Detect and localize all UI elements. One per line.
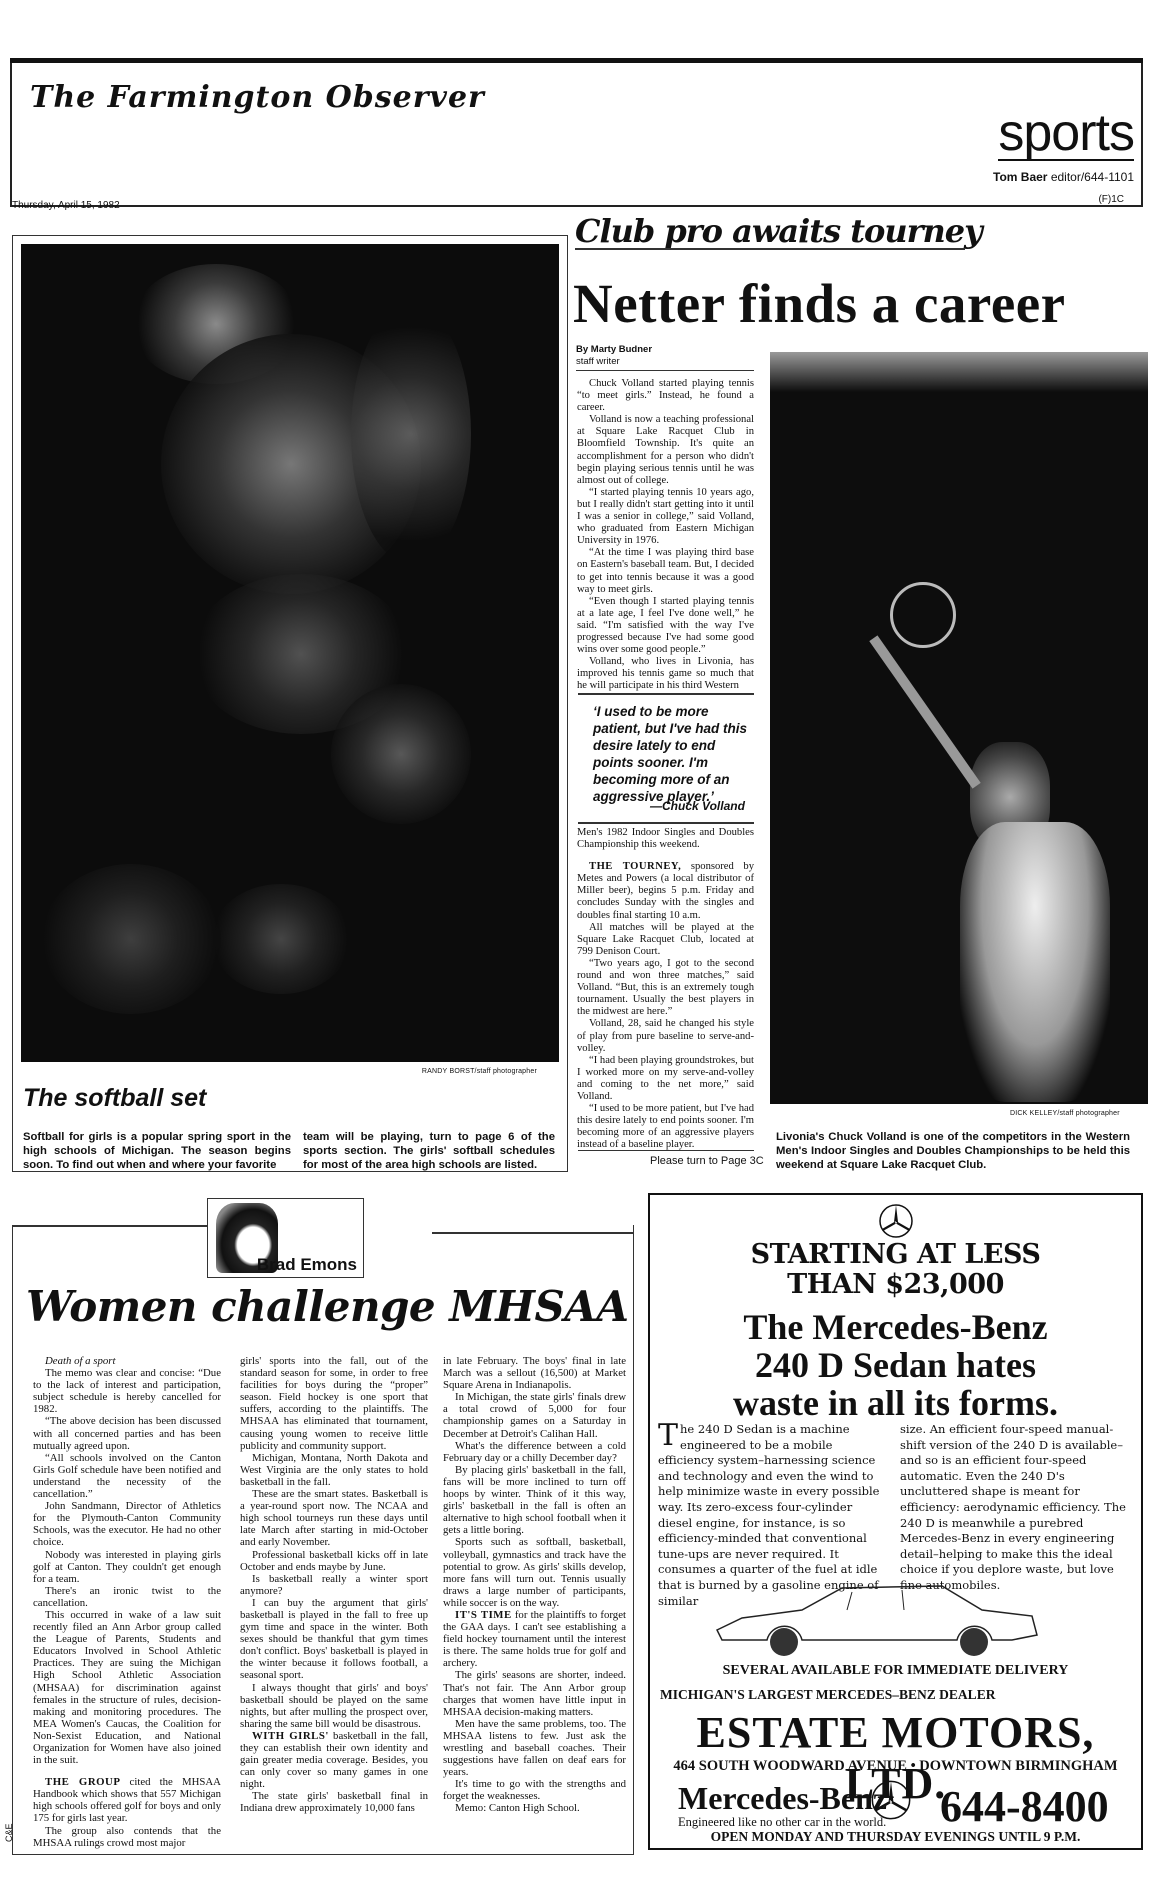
story-paragraph: Volland, who lives in Livonia, has impro… xyxy=(577,656,754,692)
column-paragraph: in late February. The boys' final in lat… xyxy=(443,1355,626,1391)
kicker-underline xyxy=(575,248,965,250)
pull-quote: ‘I used to be more patient, but I've had… xyxy=(593,703,753,805)
subhead-caps: IT'S TIME xyxy=(455,1609,512,1621)
softball-photo-credit: RANDY BORST/staff photographer xyxy=(422,1068,537,1075)
story-paragraph: Chuck Volland started playing tennis “to… xyxy=(577,378,754,414)
story-paragraph: All matches will be played at the Square… xyxy=(577,922,754,958)
ad-headline-3: waste in all its forms. xyxy=(650,1384,1141,1422)
tennis-player-photo xyxy=(770,352,1148,1104)
column-paragraph: Professional basketball kicks off in lat… xyxy=(240,1549,428,1573)
column-paragraph: WITH GIRLS' basketball in the fall, they… xyxy=(240,1730,428,1790)
dealer-hours: OPEN MONDAY AND THURSDAY EVENINGS UNTIL … xyxy=(650,1829,1141,1845)
column-paragraph: John Sandmann, Director of Athletics for… xyxy=(33,1500,221,1548)
column-top-rule-right xyxy=(432,1232,634,1234)
column-subhead: Death of a sport xyxy=(33,1355,221,1367)
column-paragraph: By placing girls' basketball in the fall… xyxy=(443,1464,626,1537)
column-paragraph: “The above decision has been discussed w… xyxy=(33,1415,221,1451)
tennis-photo-caption: Livonia's Chuck Volland is one of the co… xyxy=(776,1130,1130,1172)
softball-photo xyxy=(21,244,559,1062)
ad-price-line-1: STARTING AT LESS xyxy=(650,1239,1141,1270)
column-paragraph: Nobody was interested in playing girls g… xyxy=(33,1549,221,1585)
editor-name: Tom Baer xyxy=(993,170,1047,184)
story-paragraph: Volland is now a teaching professional a… xyxy=(577,414,754,487)
column-paragraph: IT'S TIME for the plaintiffs to forget t… xyxy=(443,1609,626,1669)
tennis-photo-credit: DICK KELLEY/staff photographer xyxy=(1010,1110,1120,1117)
subhead-caps: THE GROUP xyxy=(45,1776,120,1788)
column-col-1: Death of a sport The memo was clear and … xyxy=(33,1355,221,1849)
column-top-rule-left xyxy=(12,1225,207,1227)
column-paragraph: This occurred in wake of a law suit rece… xyxy=(33,1609,221,1766)
story-paragraph: Volland, 28, said he changed his style o… xyxy=(577,1018,754,1054)
column-paragraph: Michigan, Montana, North Dakota and West… xyxy=(240,1452,428,1488)
column-paragraph: The state girls' basketball final in Ind… xyxy=(240,1790,428,1814)
columnist-mug: Brad Emons xyxy=(207,1198,364,1278)
column-paragraph: These are the smart states. Basketball i… xyxy=(240,1488,428,1548)
dealer-address: 464 SOUTH WOODWARD AVENUE • DOWNTOWN BIR… xyxy=(650,1758,1141,1775)
story-column-top: Chuck Volland started playing tennis “to… xyxy=(577,378,754,692)
issue-date: Thursday, April 15, 1982 xyxy=(12,200,120,211)
column-col-3: in late February. The boys' final in lat… xyxy=(443,1355,626,1815)
pull-quote-rule-bottom xyxy=(578,822,754,824)
column-headline: Women challenge MHSAA xyxy=(26,1282,628,1331)
newspaper-name: The Farmington Observer xyxy=(30,80,485,115)
ad-price-line-2: THAN $23,000 xyxy=(650,1269,1141,1300)
ad-dropcap: T xyxy=(658,1422,678,1450)
mercedes-star-icon xyxy=(878,1203,914,1239)
section-editor: Tom Baer editor/644-1101 xyxy=(993,170,1134,184)
column-paragraph: What's the difference between a cold Feb… xyxy=(443,1440,626,1464)
ad-headline-1: The Mercedes-Benz xyxy=(650,1308,1141,1346)
editor-phone: editor/644-1101 xyxy=(1047,170,1134,184)
byline-name: By Marty Budner xyxy=(576,344,652,356)
story-paragraph: “Even though I started playing tennis at… xyxy=(577,596,754,656)
subhead-caps: WITH GIRLS' xyxy=(252,1730,329,1742)
story-paragraph: “Two years ago, I got to the second roun… xyxy=(577,958,754,1018)
column-paragraph: In Michigan, the state girls' finals dre… xyxy=(443,1391,626,1439)
story-headline: Netter finds a career xyxy=(573,272,1066,335)
column-paragraph: I can buy the argument that girls' baske… xyxy=(240,1597,428,1682)
ad-delivery: SEVERAL AVAILABLE FOR IMMEDIATE DELIVERY xyxy=(650,1663,1141,1679)
byline-rule xyxy=(576,370,754,371)
softball-caption-right: team will be playing, turn to page 6 of … xyxy=(303,1130,555,1172)
jump-rule xyxy=(578,1150,754,1151)
softball-photo-box: RANDY BORST/staff photographer The softb… xyxy=(12,235,568,1172)
ad-dealer-claim: MICHIGAN'S LARGEST MERCEDES–BENZ DEALER xyxy=(660,1687,995,1703)
story-paragraph: Men's 1982 Indoor Singles and Doubles Ch… xyxy=(577,827,754,851)
column-paragraph: “All schools involved on the Canton Girl… xyxy=(33,1452,221,1500)
column-paragraph: I always thought that girls' and boys' b… xyxy=(240,1682,428,1730)
page-code: (F)1C xyxy=(1098,194,1124,205)
jump-line[interactable]: Please turn to Page 3C xyxy=(650,1155,764,1167)
brand-tagline: Engineered like no other car in the worl… xyxy=(678,1815,886,1830)
pull-quote-rule-top xyxy=(578,693,754,695)
car-illustration xyxy=(712,1580,1042,1660)
column-paragraph: Men have the same problems, too. The MHS… xyxy=(443,1718,626,1778)
columnist-name: Brad Emons xyxy=(257,1255,357,1275)
column-paragraph: The girls' seasons are shorter, indeed. … xyxy=(443,1669,626,1717)
subhead-caps: THE TOURNEY, xyxy=(589,861,681,872)
mercedes-ad: STARTING AT LESS THAN $23,000 The Merced… xyxy=(648,1193,1143,1850)
column-paragraph: There's an ironic twist to the cancellat… xyxy=(33,1585,221,1609)
softball-caption-left: Softball for girls is a popular spring s… xyxy=(23,1130,291,1172)
brand-name: Mercedes-Benz xyxy=(678,1780,887,1817)
ad-copy-right: size. An efficient four-speed manual-shi… xyxy=(900,1422,1132,1594)
column-paragraph: Sports such as softball, basketball, vol… xyxy=(443,1536,626,1609)
column-paragraph: Is basketball really a winter sport anym… xyxy=(240,1573,428,1597)
section-title: sports xyxy=(998,107,1134,161)
pull-quote-attribution: —Chuck Volland xyxy=(650,798,745,815)
column-paragraph: The memo was clear and concise: “Due to … xyxy=(33,1367,221,1415)
ad-headline-2: 240 D Sedan hates xyxy=(650,1346,1141,1384)
column-col-2: girls' sports into the fall, out of the … xyxy=(240,1355,428,1815)
story-paragraph: THE TOURNEY, sponsored by Metes and Powe… xyxy=(577,861,754,921)
softball-caption-heading: The softball set xyxy=(23,1084,206,1113)
dealer-phone[interactable]: 644-8400 xyxy=(940,1781,1109,1832)
margin-code: C&E xyxy=(4,1823,14,1842)
column-paragraph: girls' sports into the fall, out of the … xyxy=(240,1355,428,1452)
column-paragraph: THE GROUP cited the MHSAA Handbook which… xyxy=(33,1776,221,1824)
story-paragraph: “I had been playing groundstrokes, but I… xyxy=(577,1055,754,1103)
story-paragraph: “I used to be more patient, but I've had… xyxy=(577,1103,754,1151)
story-paragraph: “At the time I was playing third base on… xyxy=(577,547,754,595)
byline-title: staff writer xyxy=(576,356,620,367)
story-column-bottom: Men's 1982 Indoor Singles and Doubles Ch… xyxy=(577,827,754,1151)
column-paragraph: The group also contends that the MHSAA r… xyxy=(33,1825,221,1849)
story-kicker: Club pro awaits tourney xyxy=(575,212,982,250)
byline: By Marty Budnerstaff writer xyxy=(576,344,652,368)
column-paragraph: Memo: Canton High School. xyxy=(443,1802,626,1814)
story-paragraph: “I started playing tennis 10 years ago, … xyxy=(577,487,754,547)
column-paragraph: It's time to go with the strengths and f… xyxy=(443,1778,626,1802)
